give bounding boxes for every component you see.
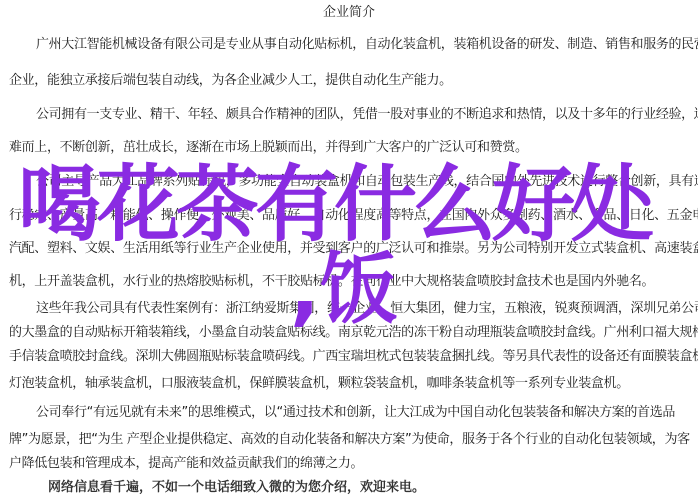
paragraph-line: 公司拥有一支专业、精干、年轻、颇具合作精神的团队，凭借一股对事业的不断追求和热情…: [36, 107, 698, 123]
paragraph-line: 公司奉行“有远见就有未来”的思维模式，以“通过技术和创新，让大江成为中国自动化包…: [36, 405, 675, 421]
paragraph-line: 手信装盒喷胶封盒线。深圳大佛圆瓶贴标装盒喷码线。广西宝瑞坦枕式包装装盒捆扎线。等…: [9, 349, 698, 365]
overlay-headline: 喝花茶有什么好处: [18, 160, 698, 250]
paragraph-line: 企业，能独立承接后端包装自动线，为各企业减少人工，提供自动化生产能力。: [9, 73, 452, 89]
overlay-subtext: ,饭: [290, 250, 398, 330]
paragraph-line: 灯泡装盒机，轴承装盒机，口服液装盒机，保鲜膜装盒机，颗粒袋装盒机，咖啡条装盒机等…: [9, 376, 629, 392]
paragraph-line: 牌”为愿景，把“为生 产型企业提供稳定、高效的自动化装备和解决方案”为使命，服务…: [9, 432, 690, 448]
paragraph-line: 广州大江智能机械设备有限公司是专业从事自动化贴标机，自动化装盒机，装箱机设备的研…: [36, 37, 698, 53]
contact-callout: 网络信息看千遍，不如一个电话细致入微的为您介绍，欢迎来电。: [48, 480, 425, 496]
paragraph-line: 户降低包装和管理成本，提高产能和效益贡献我们的绵薄之力。: [9, 456, 363, 472]
paragraph-line: 难而上，不断创新，茁壮成长，逐渐在市场上脱颖而出，并得到广大客户的广泛认可和赞赏…: [9, 140, 528, 156]
page-title: 企业简介: [0, 5, 698, 21]
